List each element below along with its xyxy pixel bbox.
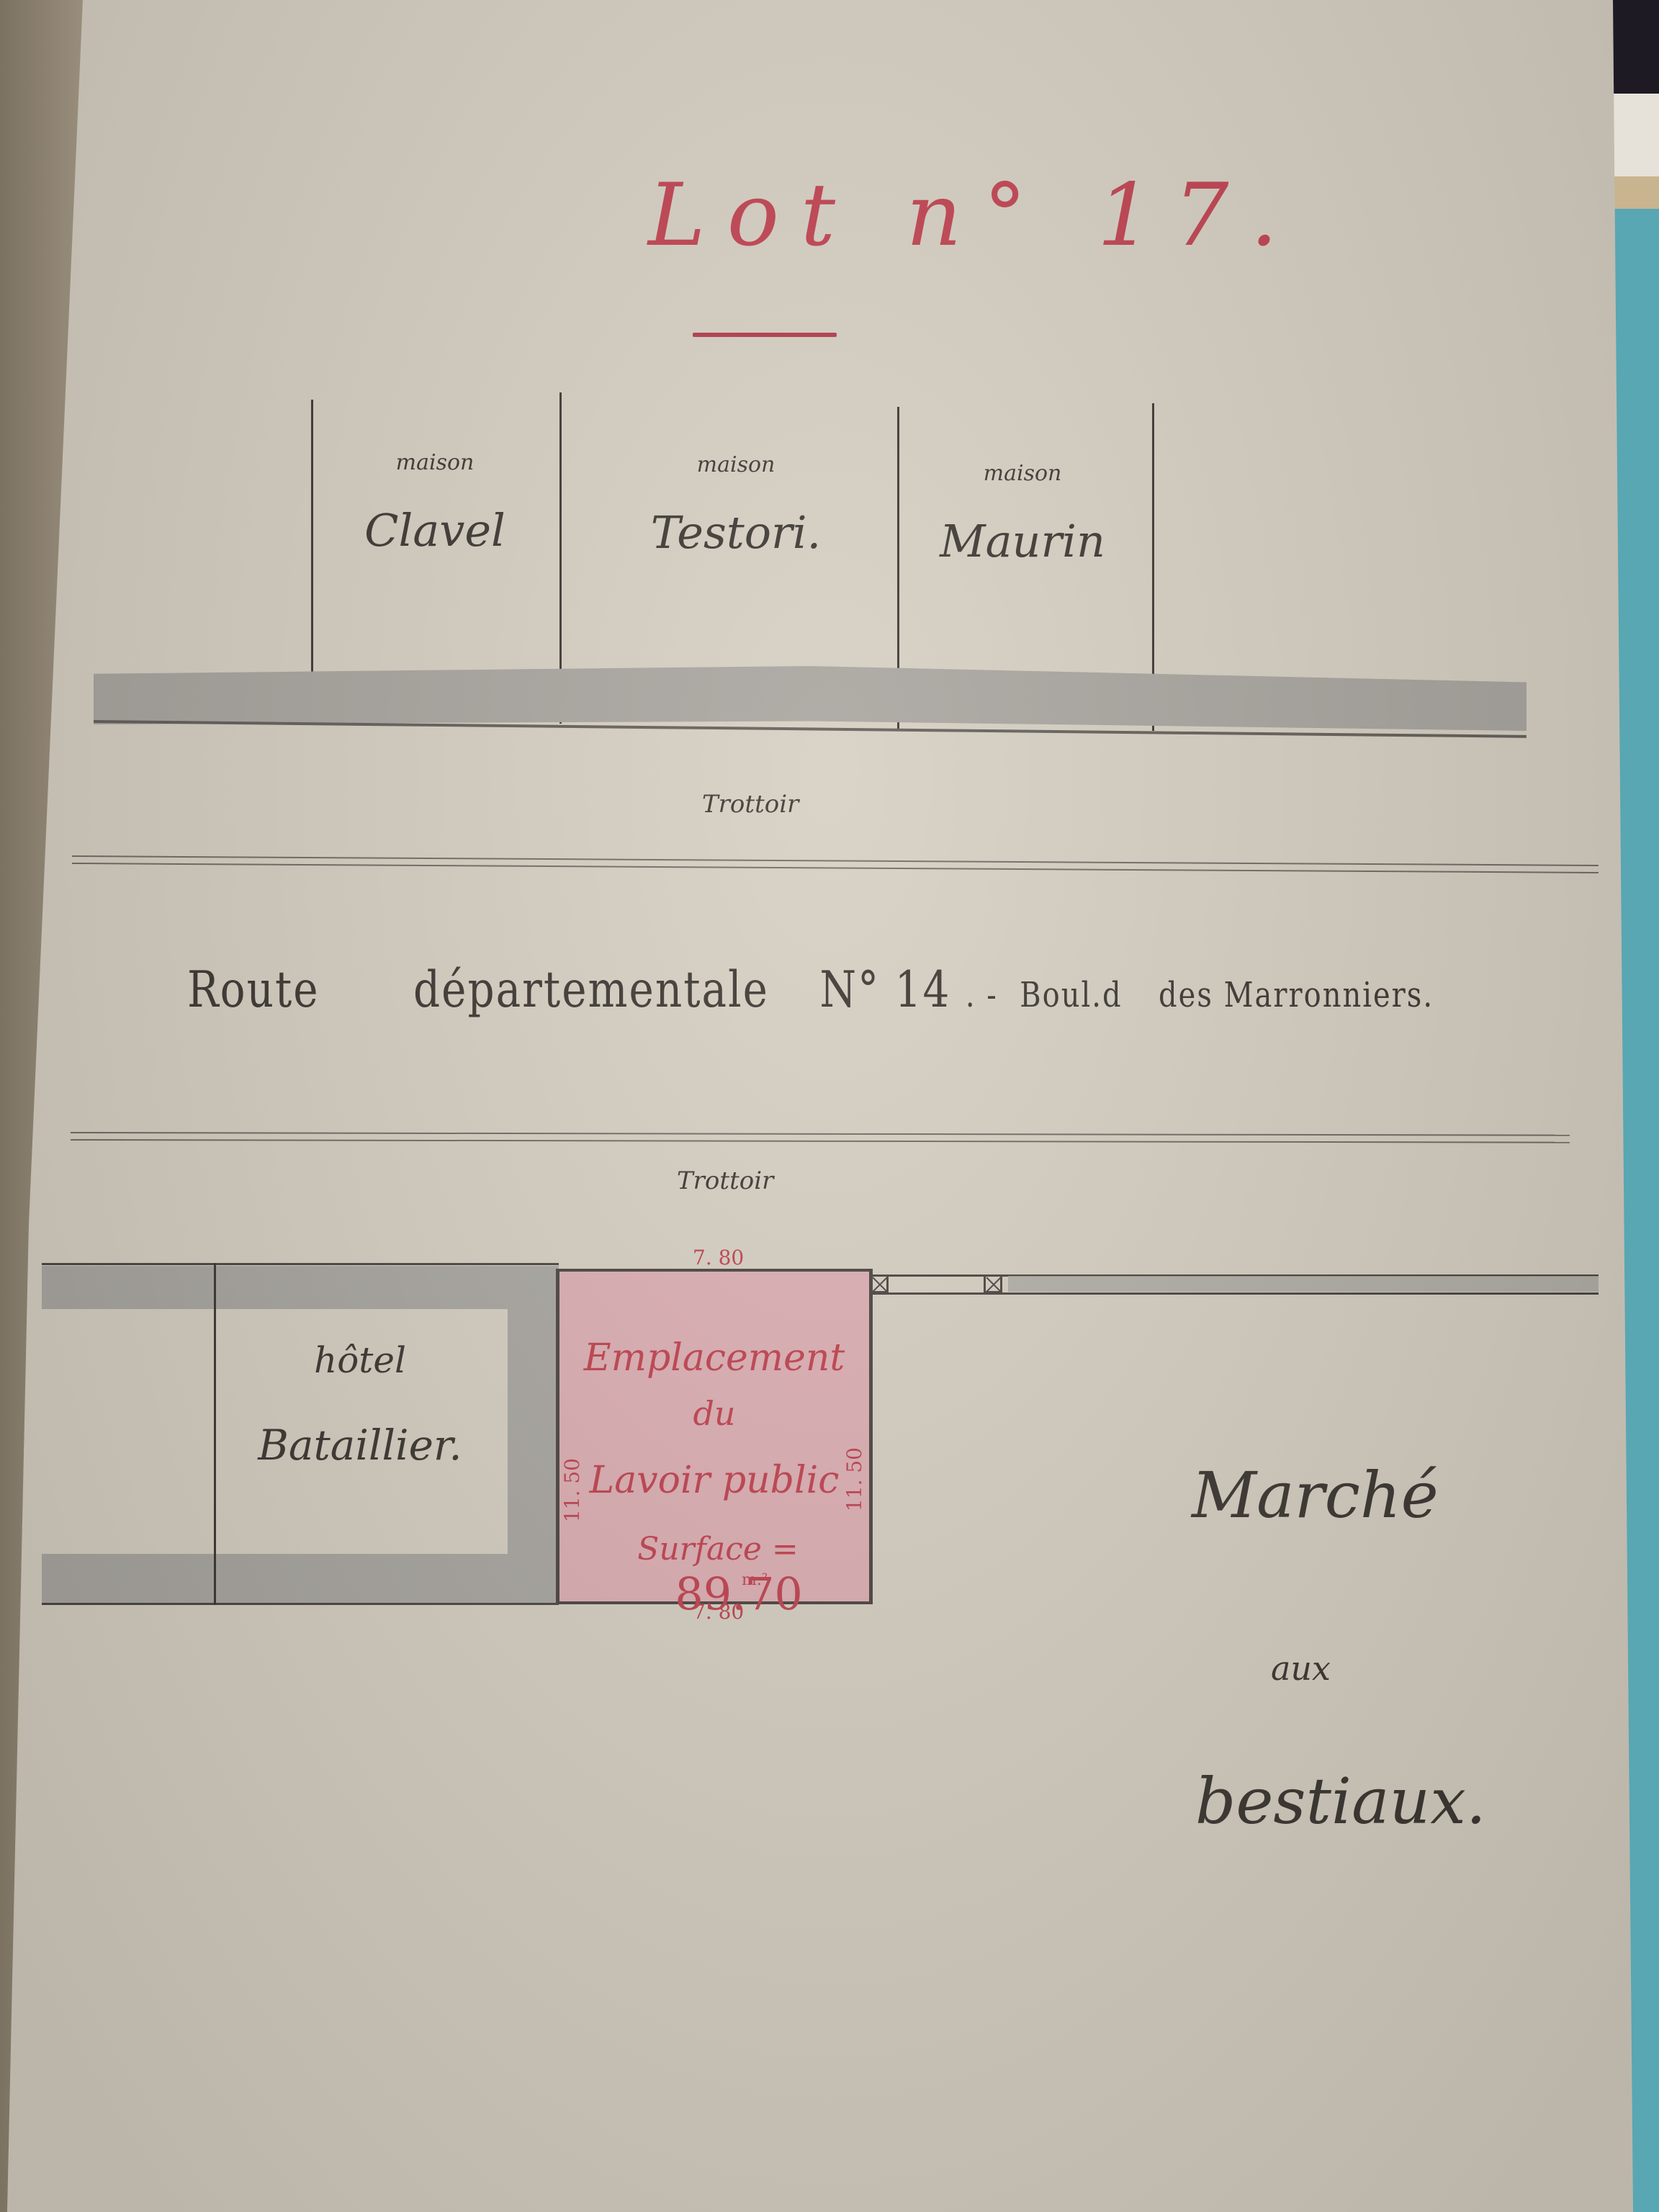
title-underline [693,333,837,337]
lavoir-line-1: Emplacement [559,1336,869,1380]
road-name-2: départementale [413,960,769,1019]
lavoir-line-3: Lavoir public [559,1459,869,1502]
market-wall-wash [1008,1276,1599,1292]
house-name: Testori. [621,506,851,559]
house-divider-3 [897,407,899,731]
market-line-3: bestiaux. [1195,1764,1486,1838]
house-prefix: maison [642,452,829,477]
market-fence [871,1274,1599,1295]
curb-line-bottom [71,1132,1570,1143]
road-number: N° 14 [819,960,950,1019]
sidewalk-label-top: Trottoir [702,790,799,819]
lavoir-plot[interactable]: Emplacement du Lavoir public Surface = 8… [556,1269,873,1604]
hotel-outline-bottom [42,1603,559,1605]
hotel-wall-top [42,1266,559,1309]
house-maurin: maison Maurin [929,461,1138,567]
house-facade-wash [94,666,1527,731]
facade-line [94,720,1527,738]
market-line-2: aux [1271,1649,1331,1688]
dimension-left: 11. 50 [560,1458,584,1522]
road-separator: . - [966,976,998,1015]
backdrop-tan-paper [1609,176,1659,209]
dimension-top: 7. 80 [693,1246,744,1269]
gate-post-icon [870,1274,889,1293]
plan-title: Lot n° 17. [648,166,1300,266]
surface-unit: m.² [742,1571,768,1589]
house-prefix: maison [929,461,1116,486]
house-divider-4 [1152,403,1154,731]
surface-value: 89.70 [675,1568,803,1620]
plan-sheet: Lot n° 17. maison Clavel maison Testori.… [0,0,1659,2212]
house-prefix: maison [341,450,529,475]
gate-post-icon [984,1274,1002,1293]
curb-line-top [72,855,1599,873]
hotel-divider [214,1263,216,1605]
dimension-right: 11. 50 [842,1447,866,1511]
hotel-line-2: Bataillier. [216,1421,504,1470]
hotel-outline-top [42,1263,559,1265]
hotel-line-1: hôtel [216,1339,504,1381]
hotel-label: hôtel Bataillier. [216,1339,504,1470]
house-name: Maurin [907,515,1138,567]
road-name-1: Route [187,960,320,1019]
sidewalk-label-bottom: Trottoir [677,1166,773,1195]
boulevard-prefix: Boul.d [1020,976,1122,1015]
surface-label: Surface = [637,1531,799,1568]
house-testori: maison Testori. [642,452,851,559]
backdrop-white-paper [1609,94,1659,176]
hotel-wall-right [508,1266,559,1604]
lavoir-line-2: du [559,1394,869,1433]
dimension-bottom: 7. 80 [693,1600,744,1624]
surface-line: Surface = 89.70 m.² [574,1531,862,1620]
market-line-1: Marché [1192,1458,1439,1532]
backdrop-dark-object [1609,0,1659,94]
hotel-wall-bottom [42,1554,559,1604]
house-clavel: maison Clavel [341,450,550,557]
boulevard-name: des Marronniers. [1159,976,1434,1015]
house-divider-1 [311,400,313,724]
road-label: Route départementale N° 14 . - Boul.d de… [187,960,1434,1019]
house-name: Clavel [320,504,550,557]
house-divider-2 [559,392,562,724]
